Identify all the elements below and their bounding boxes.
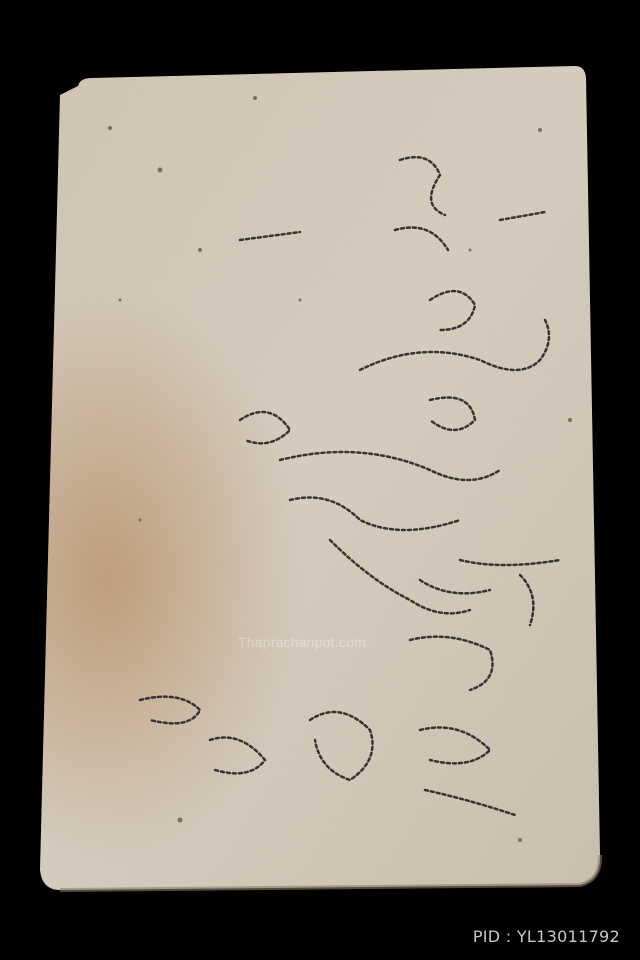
pid-label: PID : YL13011792 (473, 927, 620, 946)
watermark: Thaprachanpot.com (238, 634, 366, 650)
amulet-tablet (0, 0, 640, 960)
